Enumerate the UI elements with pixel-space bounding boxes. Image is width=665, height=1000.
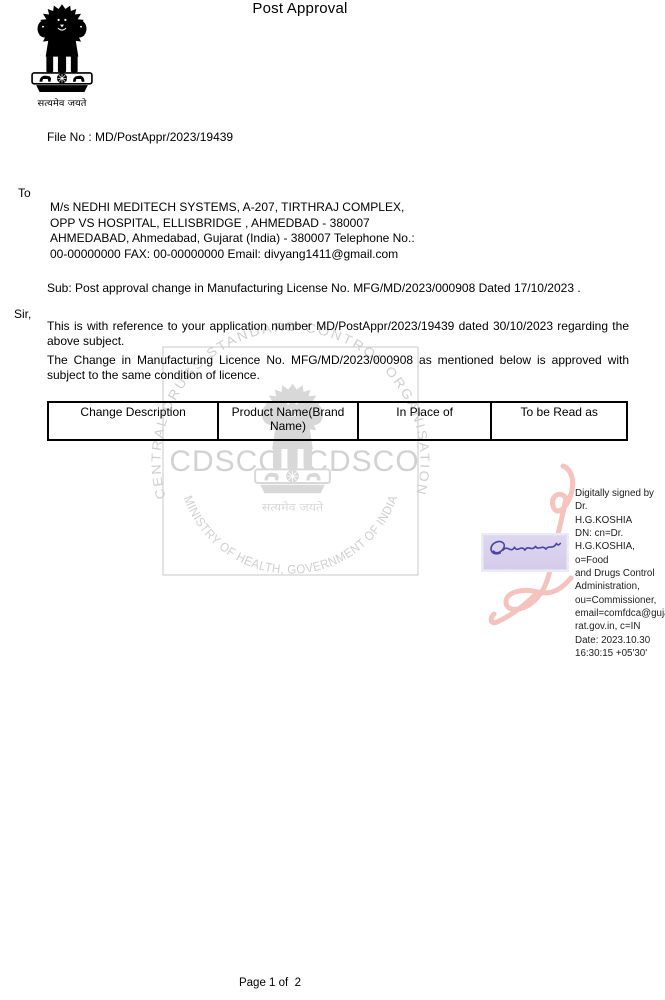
signature-text-line: Date: 2023.10.30: [575, 634, 665, 647]
change-details-table: Change Description Product Name(Brand Na…: [47, 401, 628, 441]
national-emblem-icon: [28, 2, 96, 118]
file-number: File No : MD/PostAppr/2023/19439: [47, 130, 233, 144]
recipient-address: M/s NEDHI MEDITECH SYSTEMS, A-207, TIRTH…: [50, 200, 480, 262]
recipient-address-line: M/s NEDHI MEDITECH SYSTEMS, A-207, TIRTH…: [50, 200, 480, 216]
signature-text-line: H.G.KOSHIA, o=Food: [575, 540, 665, 567]
signature-text-line: rat.gov.in, c=IN: [575, 620, 665, 633]
salutation: Sir,: [14, 307, 31, 321]
signature-text-line: and Drugs Control: [575, 567, 665, 580]
to-label: To: [18, 186, 31, 200]
header-change-description: Change Description: [48, 402, 218, 440]
signature-text-line: H.G.KOSHIA: [575, 514, 665, 527]
signature-text-line: 16:30:15 +05'30': [575, 647, 665, 660]
header-in-place-of: In Place of: [358, 402, 492, 440]
table-header-row: Change Description Product Name(Brand Na…: [48, 402, 627, 440]
page-number: Page 1 of 2: [0, 977, 540, 989]
document-page: सत्यमेव जयते CENTRAL DRUGS STANDARD CONT…: [0, 0, 665, 1000]
recipient-address-line: 00-00000000 FAX: 00-00000000 Email: divy…: [50, 247, 480, 263]
signature-text-line: DN: cn=Dr.: [575, 527, 665, 540]
body-paragraph-2: The Change in Manufacturing Licence No. …: [47, 353, 629, 382]
signature-text-line: ou=Commissioner,: [575, 594, 665, 607]
subject-line: Sub: Post approval change in Manufacturi…: [47, 281, 647, 295]
handwritten-signature-icon: [483, 535, 567, 570]
header-to-be-read-as: To be Read as: [491, 402, 627, 440]
signature-text-line: Digitally signed by Dr.: [575, 487, 665, 514]
recipient-address-line: AHMEDABAD, Ahmedabad, Gujarat (India) - …: [50, 231, 480, 247]
body-paragraph-1: This is with reference to your applicati…: [47, 319, 629, 348]
digital-signature-details: Digitally signed by Dr. H.G.KOSHIA DN: c…: [575, 487, 665, 660]
signature-text-line: Administration,: [575, 580, 665, 593]
page-title: Post Approval: [0, 0, 600, 17]
header-product-name: Product Name(Brand Name): [218, 402, 358, 440]
recipient-address-line: OPP VS HOSPITAL, ELLISBRIDGE , AHMEDBAD …: [50, 216, 480, 232]
signature-text-line: email=comfdca@guja: [575, 607, 665, 620]
signature-image-box: [481, 533, 569, 572]
